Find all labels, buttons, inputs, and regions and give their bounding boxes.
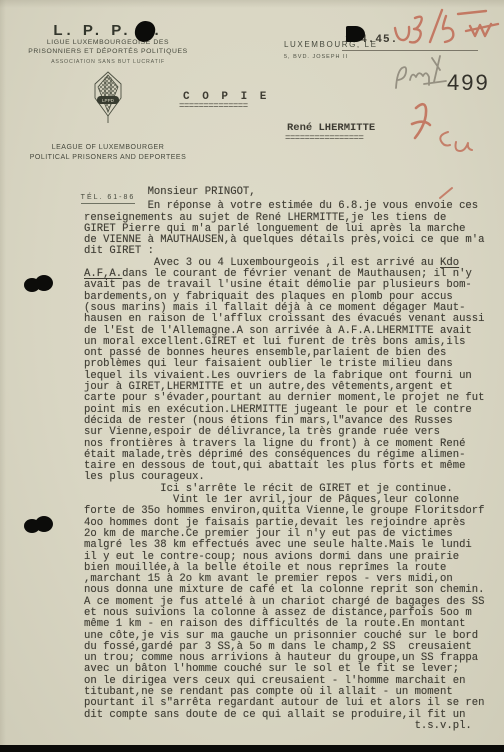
- hole-punch-top: [23, 275, 55, 298]
- lppd-emblem-icon: LPPD: [22, 71, 194, 134]
- red-scribble-top: [395, 10, 498, 42]
- body-line: hausen en raison de l'afflux croissant d…: [84, 314, 498, 325]
- body-line: t.s.v.pl.: [84, 721, 498, 732]
- org-english-line2: POLITICAL PRISONERS AND DEPORTEES: [22, 153, 194, 163]
- body-line: même 1 km - en raison des difficultés de…: [84, 619, 498, 630]
- org-abbreviation: L. P. P. D.: [22, 22, 194, 39]
- org-name-line1: LIGUE LUXEMBOURGEOISE DES: [22, 39, 194, 48]
- org-english-name: LEAGUE OF LUXEMBOURGER POLITICAL PRISONE…: [22, 143, 194, 162]
- subject-name-underline: ================: [285, 133, 363, 143]
- red-scribble-low: [440, 132, 472, 151]
- org-english-line1: LEAGUE OF LUXEMBOURGER: [22, 143, 194, 153]
- copy-label-underline: ==============: [179, 101, 248, 111]
- body-line: carte pour s'évader,pourtant au dernier …: [84, 393, 498, 404]
- hole-punch-bottom: [23, 516, 55, 539]
- org-street-address: 5, BVD. JOSEPH II: [284, 54, 348, 60]
- body-line: sur Vienne,espoir de délivrance,la très …: [84, 427, 498, 438]
- scan-edge-bar: [0, 745, 504, 752]
- body-line: forte de 35o hommes environ,quitta Vienn…: [84, 506, 498, 517]
- body-line: malgré les 38 km effectués avec une seul…: [84, 540, 498, 551]
- org-name-line2: PRISONNIERS ET DÉPORTÉS POLITIQUES: [22, 48, 194, 57]
- org-name-line3: ASSOCIATION SANS BUT LUCRATIF: [22, 59, 194, 65]
- body-line: avait pas de travail l'usine était démol…: [84, 280, 498, 291]
- pencil-scribble: [396, 56, 446, 88]
- body-line: nous donna une mixture de café et la col…: [84, 585, 498, 596]
- letter-body-lines: Monsieur PRINGOT, En réponse à votre est…: [84, 187, 498, 732]
- letterhead-left: L. P. P. D. LIGUE LUXEMBOURGEOISE DES PR…: [22, 22, 194, 204]
- handwritten-annotations: [360, 0, 504, 225]
- scanned-letter-page: L. P. P. D. LIGUE LUXEMBOURGEOISE DES PR…: [0, 0, 504, 752]
- red-scribble-mid: [412, 104, 430, 138]
- body-line: pourtant il s"arrêta regardant autour de…: [84, 698, 498, 709]
- emblem-banner-text: LPPD: [102, 98, 115, 103]
- red-tick: [440, 188, 452, 198]
